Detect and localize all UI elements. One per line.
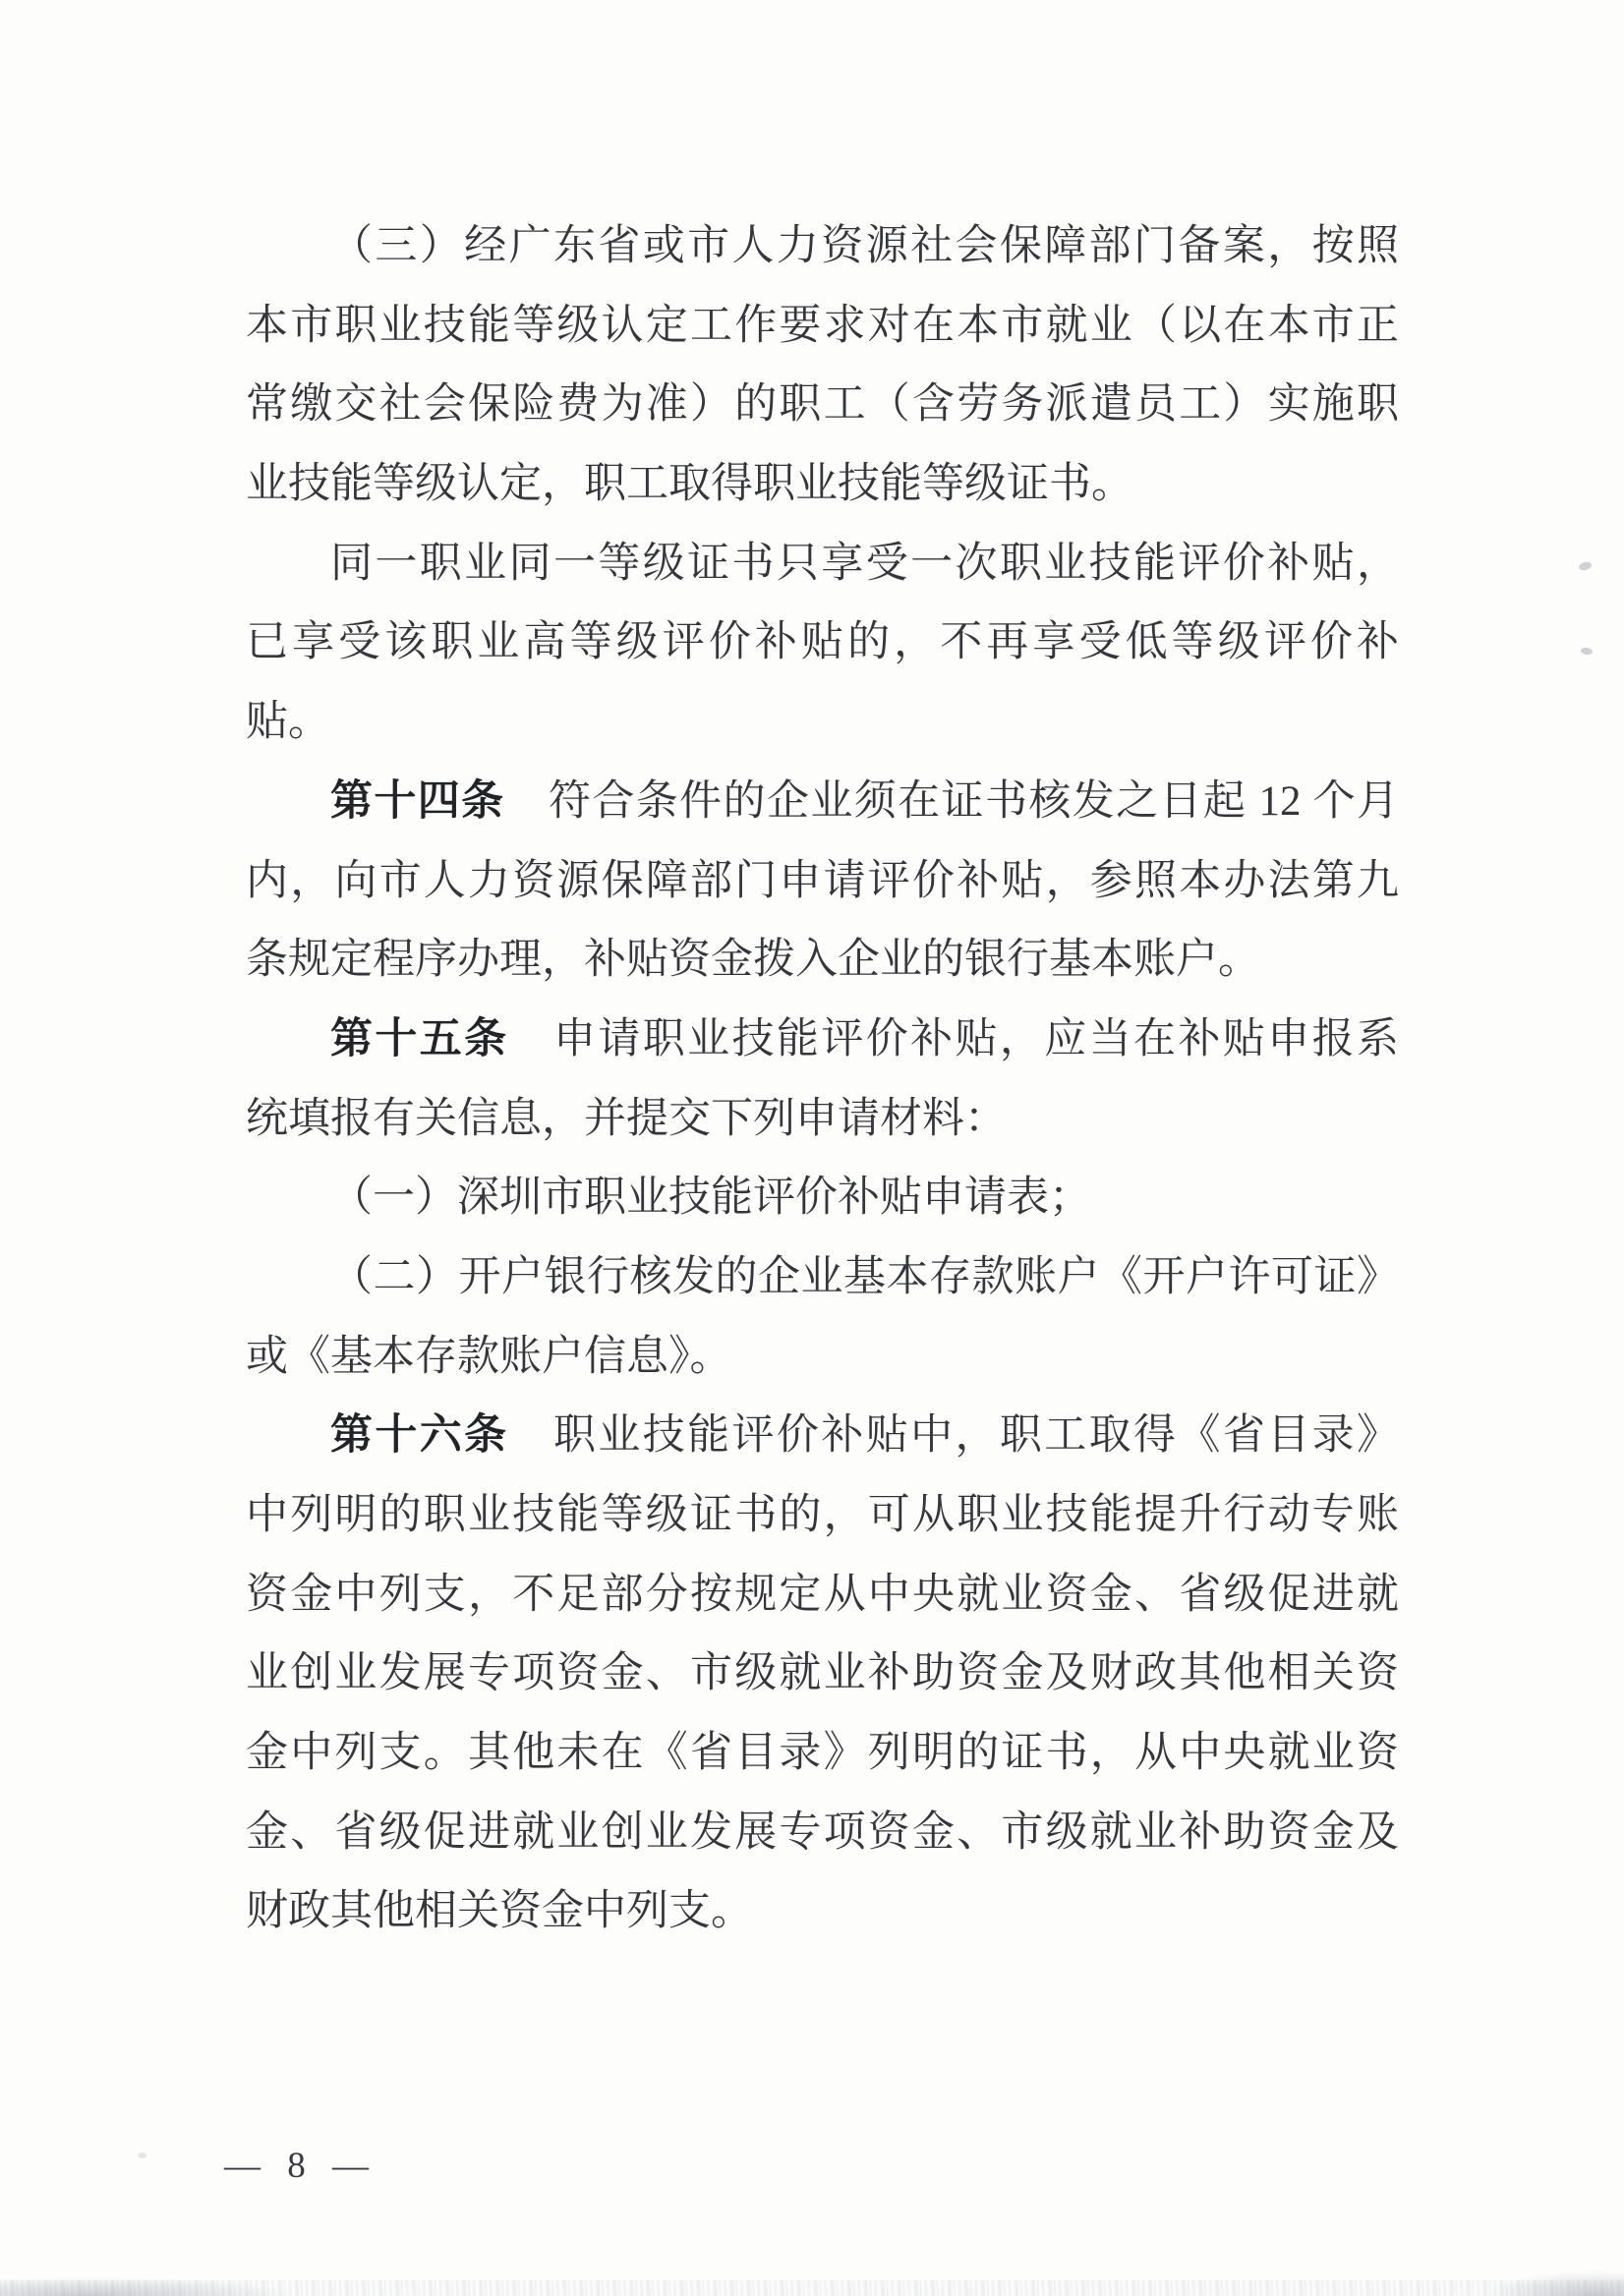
page-number: — 8 — (224, 2141, 371, 2192)
scan-noise-smudge (1486, 2270, 1624, 2296)
scan-speck (1578, 560, 1593, 571)
document-body: （三）经广东省或市人力资源社会保障部门备案，按照本市职业技能等级认定工作要求对在… (246, 207, 1399, 1952)
text-line: （三）经广东省或市人力资源社会保障部门备案，按照 (246, 207, 1399, 287)
text-line: 财政其他相关资金中列支。 (246, 1872, 1399, 1952)
text-line: 业创业发展专项资金、市级就业补助资金及财政其他相关资 (246, 1635, 1399, 1714)
text-segment: 业创业发展专项资金、市级就业补助资金及财政其他相关资 (246, 1650, 1399, 1696)
text-segment: （二）开户银行核发的企业基本存款账户《开户许可证》 (330, 1254, 1399, 1300)
article-number: 第十四条 (330, 778, 505, 825)
text-line: 内，向市人力资源保障部门申请评价补贴，参照本办法第九 (246, 842, 1399, 922)
text-segment: 申请职业技能评价补贴，应当在补贴申报系 (509, 1016, 1399, 1062)
text-line: 业技能等级认定，职工取得职业技能等级证书。 (246, 445, 1399, 525)
text-segment: 内，向市人力资源保障部门申请评价补贴，参照本办法第九 (246, 858, 1399, 904)
text-line: 资金中列支，不足部分按规定从中央就业资金、省级促进就 (246, 1556, 1399, 1636)
text-line: 已享受该职业高等级评价补贴的，不再享受低等级评价补 (246, 603, 1399, 683)
text-segment: 常缴交社会保险费为准）的职工（含劳务派遣员工）实施职 (246, 381, 1399, 428)
text-line: 常缴交社会保险费为准）的职工（含劳务派遣员工）实施职 (246, 366, 1399, 445)
text-segment: 资金中列支，不足部分按规定从中央就业资金、省级促进就 (246, 1572, 1399, 1618)
text-line: 金、省级促进就业创业发展专项资金、市级就业补助资金及 (246, 1794, 1399, 1873)
text-line: （一）深圳市职业技能评价补贴申请表； (246, 1159, 1399, 1238)
text-line: 统填报有关信息，并提交下列申请材料： (246, 1080, 1399, 1160)
article-number: 第十六条 (330, 1412, 509, 1459)
text-segment: 金、省级促进就业创业发展专项资金、市级就业补助资金及 (246, 1809, 1399, 1856)
text-segment: 业技能等级认定，职工取得职业技能等级证书。 (246, 461, 1133, 507)
text-segment: 统填报有关信息，并提交下列申请材料： (246, 1096, 1007, 1142)
text-segment: 金中列支。其他未在《省目录》列明的证书，从中央就业资 (246, 1730, 1399, 1776)
text-line: 第十六条 职业技能评价补贴中，职工取得《省目录》 (246, 1397, 1399, 1476)
text-line: 第十五条 申请职业技能评价补贴，应当在补贴申报系 (246, 1001, 1399, 1080)
text-line: 贴。 (246, 683, 1399, 763)
text-segment: 贴。 (246, 699, 330, 745)
scan-noise-smudge (0, 2276, 295, 2296)
text-line: 本市职业技能等级认定工作要求对在本市就业（以在本市正 (246, 287, 1399, 367)
scanned-document-page: （三）经广东省或市人力资源社会保障部门备案，按照本市职业技能等级认定工作要求对在… (0, 0, 1624, 2296)
text-line: 金中列支。其他未在《省目录》列明的证书，从中央就业资 (246, 1714, 1399, 1794)
text-segment: 或《基本存款账户信息》。 (246, 1334, 732, 1380)
text-segment: 已享受该职业高等级评价补贴的，不再享受低等级评价补 (246, 619, 1399, 665)
text-segment: 本市职业技能等级认定工作要求对在本市就业（以在本市正 (246, 303, 1399, 349)
text-segment: 符合条件的企业须在证书核发之日起 12 个月 (505, 778, 1399, 825)
text-segment: （一）深圳市职业技能评价补贴申请表； (330, 1175, 1091, 1221)
text-line: 中列明的职业技能等级证书的，可从职业技能提升行动专账 (246, 1476, 1399, 1556)
text-segment: 职业技能评价补贴中，职工取得《省目录》 (509, 1412, 1399, 1459)
text-line: 第十四条 符合条件的企业须在证书核发之日起 12 个月 (246, 763, 1399, 842)
text-line: （二）开户银行核发的企业基本存款账户《开户许可证》 (246, 1238, 1399, 1318)
article-number: 第十五条 (330, 1016, 509, 1062)
text-line: 条规定程序办理，补贴资金拨入企业的银行基本账户。 (246, 921, 1399, 1001)
scan-speck (1581, 647, 1594, 656)
text-line: 或《基本存款账户信息》。 (246, 1318, 1399, 1398)
scan-speck (138, 2152, 146, 2158)
text-segment: 条规定程序办理，补贴资金拨入企业的银行基本账户。 (246, 937, 1260, 983)
text-segment: 中列明的职业技能等级证书的，可从职业技能提升行动专账 (246, 1492, 1399, 1538)
text-segment: 同一职业同一等级证书只享受一次职业技能评价补贴， (330, 541, 1399, 587)
text-segment: 财政其他相关资金中列支。 (246, 1888, 753, 1934)
text-segment: （三）经广东省或市人力资源社会保障部门备案，按照 (330, 223, 1399, 269)
text-line: 同一职业同一等级证书只享受一次职业技能评价补贴， (246, 525, 1399, 604)
